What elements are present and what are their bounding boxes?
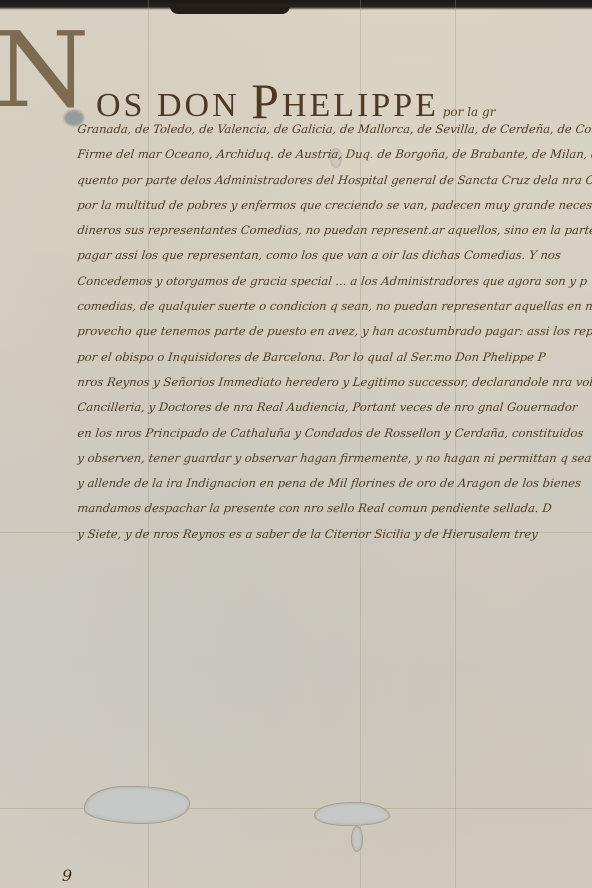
text-line: en los nros Principado de Cathaluña y Co… (76, 421, 592, 446)
text-line: nros Reynos y Señorios Immediato hereder… (76, 370, 592, 395)
text-line: Cancilleria, y Doctores de nra Real Audi… (76, 395, 592, 420)
text-line: mandamos despachar la presente con nro s… (76, 496, 592, 521)
decorated-initial: N (0, 18, 90, 122)
text-line: Firme del mar Oceano, Archiduq. de Austr… (76, 142, 592, 167)
text-line: dineros sus representantes Comedias, no … (76, 218, 592, 243)
text-line: comedias, de qualquier suerte o condicio… (76, 294, 592, 319)
text-line: quento por parte delos Administradores d… (76, 168, 592, 193)
text-line: por la multitud de pobres y enfermos que… (76, 193, 592, 218)
parchment-hole (314, 802, 390, 826)
text-line: Granada, de Toledo, de Valencia, de Gali… (76, 117, 592, 142)
text-line: por el obispo o Inquisidores de Barcelon… (76, 345, 592, 370)
text-line: Concedemos y otorgamos de gracia special… (76, 269, 592, 294)
scan-edge-notch (170, 6, 290, 14)
text-line: pagar assi los que representan, como los… (76, 243, 592, 268)
document-body: Granada, de Toledo, de Valencia, de Gali… (76, 117, 592, 547)
manuscript-page: N OS DON PHELIPPE por la gr Granada, de … (0, 0, 592, 888)
parchment-hole (84, 786, 190, 824)
text-line: y Siete, y de nros Reynos es a saber de … (76, 522, 592, 547)
text-line: y observen, tener guardar y observar hag… (76, 446, 592, 471)
parchment-hole (351, 826, 363, 852)
text-line: provecho que tenemos parte de puesto en … (76, 319, 592, 344)
margin-number: 9 (62, 866, 72, 885)
text-line: y allende de la ira Indignacion en pena … (76, 471, 592, 496)
